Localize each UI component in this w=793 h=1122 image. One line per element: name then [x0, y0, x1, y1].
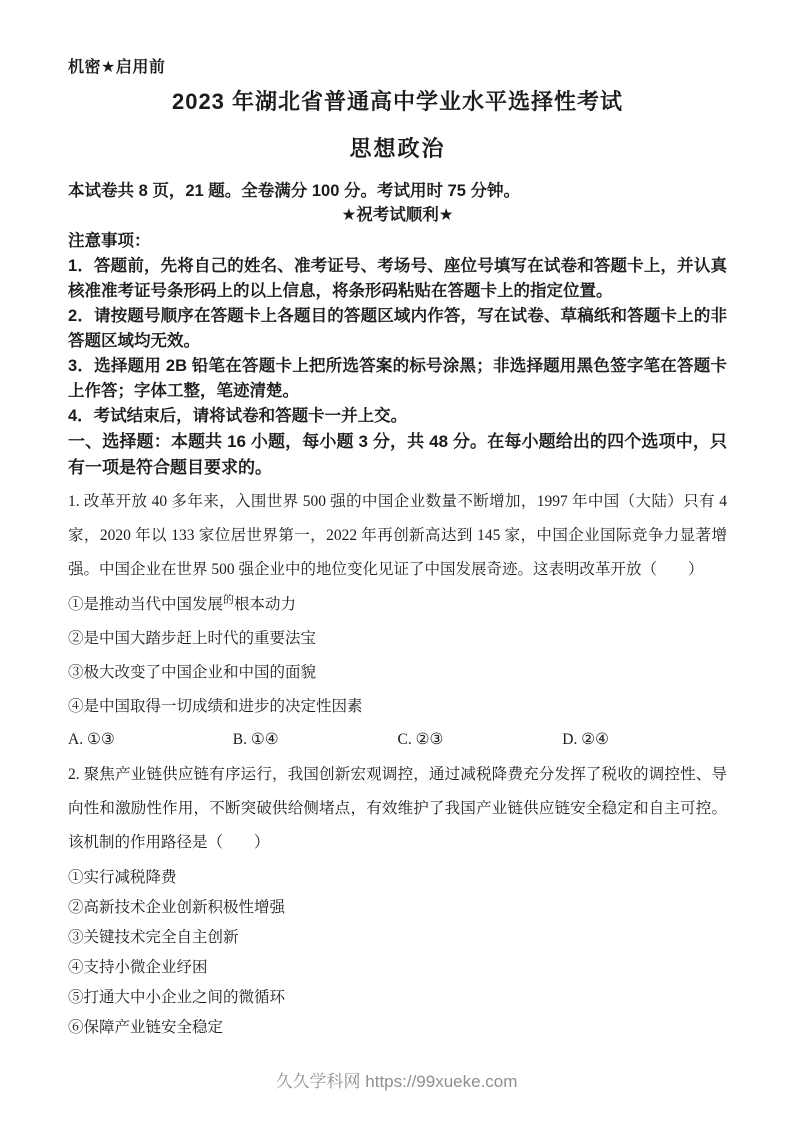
section-one-heading: 一、选择题：本题共 16 小题，每小题 3 分，共 48 分。在每小题给出的四个… — [68, 429, 727, 481]
question-2-item-1: ①实行减税降费 — [68, 868, 727, 888]
notice-item-2: 2．请按题号顺序在答题卡上各题目的答题区域内作答，写在试卷、草稿纸和答题卡上的非… — [68, 304, 727, 354]
question-1-choice-b: B. ①④ — [233, 730, 398, 750]
exam-info-line: 本试卷共 8 页，21 题。全卷满分 100 分。考试用时 75 分钟。 — [68, 177, 727, 201]
exam-paper-page: 机密★启用前 2023 年湖北省普通高中学业水平选择性考试 思想政治 本试卷共 … — [0, 0, 793, 1122]
exam-title: 2023 年湖北省普通高中学业水平选择性考试 — [68, 85, 727, 116]
question-2-item-4: ④支持小微企业纾困 — [68, 958, 727, 978]
exam-wish-line: ★祝考试顺利★ — [68, 201, 727, 225]
question-2-stem: 2. 聚焦产业链供应链有序运行，我国创新宏观调控，通过减税降费充分发挥了税收的调… — [68, 758, 727, 860]
notice-item-4: 4．考试结束后，请将试卷和答题卡一并上交。 — [68, 404, 727, 429]
notice-heading: 注意事项： — [68, 229, 727, 254]
question-1-choice-c: C. ②③ — [398, 730, 563, 750]
question-1-choice-a: A. ①③ — [68, 730, 233, 750]
footer-watermark: 久久学科网 https://99xueke.com — [0, 1067, 793, 1092]
question-1-option-3: ③极大改变了中国企业和中国的面貌 — [68, 663, 727, 683]
question-1-option-4: ④是中国取得一切成绩和进步的决定性因素 — [68, 697, 727, 717]
question-1-option-1-prefix: ①是推动当代中国发展 — [68, 596, 223, 613]
question-2-item-5: ⑤打通大中小企业之间的微循环 — [68, 988, 727, 1008]
notice-item-1: 1．答题前，先将自己的姓名、准考证号、考场号、座位号填写在试卷和答题卡上，并认真… — [68, 254, 727, 304]
question-2-item-6: ⑥保障产业链安全稳定 — [68, 1018, 727, 1038]
question-2-item-2: ②高新技术企业创新积极性增强 — [68, 898, 727, 918]
question-1-stem: 1. 改革开放 40 多年来，入围世界 500 强的中国企业数量不断增加，199… — [68, 485, 727, 587]
question-1-option-2: ②是中国大踏步赶上时代的重要法宝 — [68, 629, 727, 649]
question-1-option-1-suffix: 根本动力 — [234, 596, 296, 613]
question-2-item-3: ③关键技术完全自主创新 — [68, 928, 727, 948]
question-1-choice-d: D. ②④ — [562, 730, 727, 750]
notice-section: 注意事项： 1．答题前，先将自己的姓名、准考证号、考场号、座位号填写在试卷和答题… — [68, 229, 727, 429]
question-2: 2. 聚焦产业链供应链有序运行，我国创新宏观调控，通过减税降费充分发挥了税收的调… — [68, 758, 727, 1038]
notice-item-3: 3．选择题用 2B 铅笔在答题卡上把所选答案的标号涂黑；非选择题用黑色签字笔在答… — [68, 354, 727, 404]
question-1-option-1: ①是推动当代中国发展的根本动力 — [68, 595, 727, 615]
exam-subject: 思想政治 — [68, 132, 727, 163]
question-1-choices: A. ①③ B. ①④ C. ②③ D. ②④ — [68, 730, 727, 750]
question-1-option-1-superscript: 的 — [223, 594, 234, 606]
question-1: 1. 改革开放 40 多年来，入围世界 500 强的中国企业数量不断增加，199… — [68, 485, 727, 750]
classification-label: 机密★启用前 — [68, 54, 727, 77]
